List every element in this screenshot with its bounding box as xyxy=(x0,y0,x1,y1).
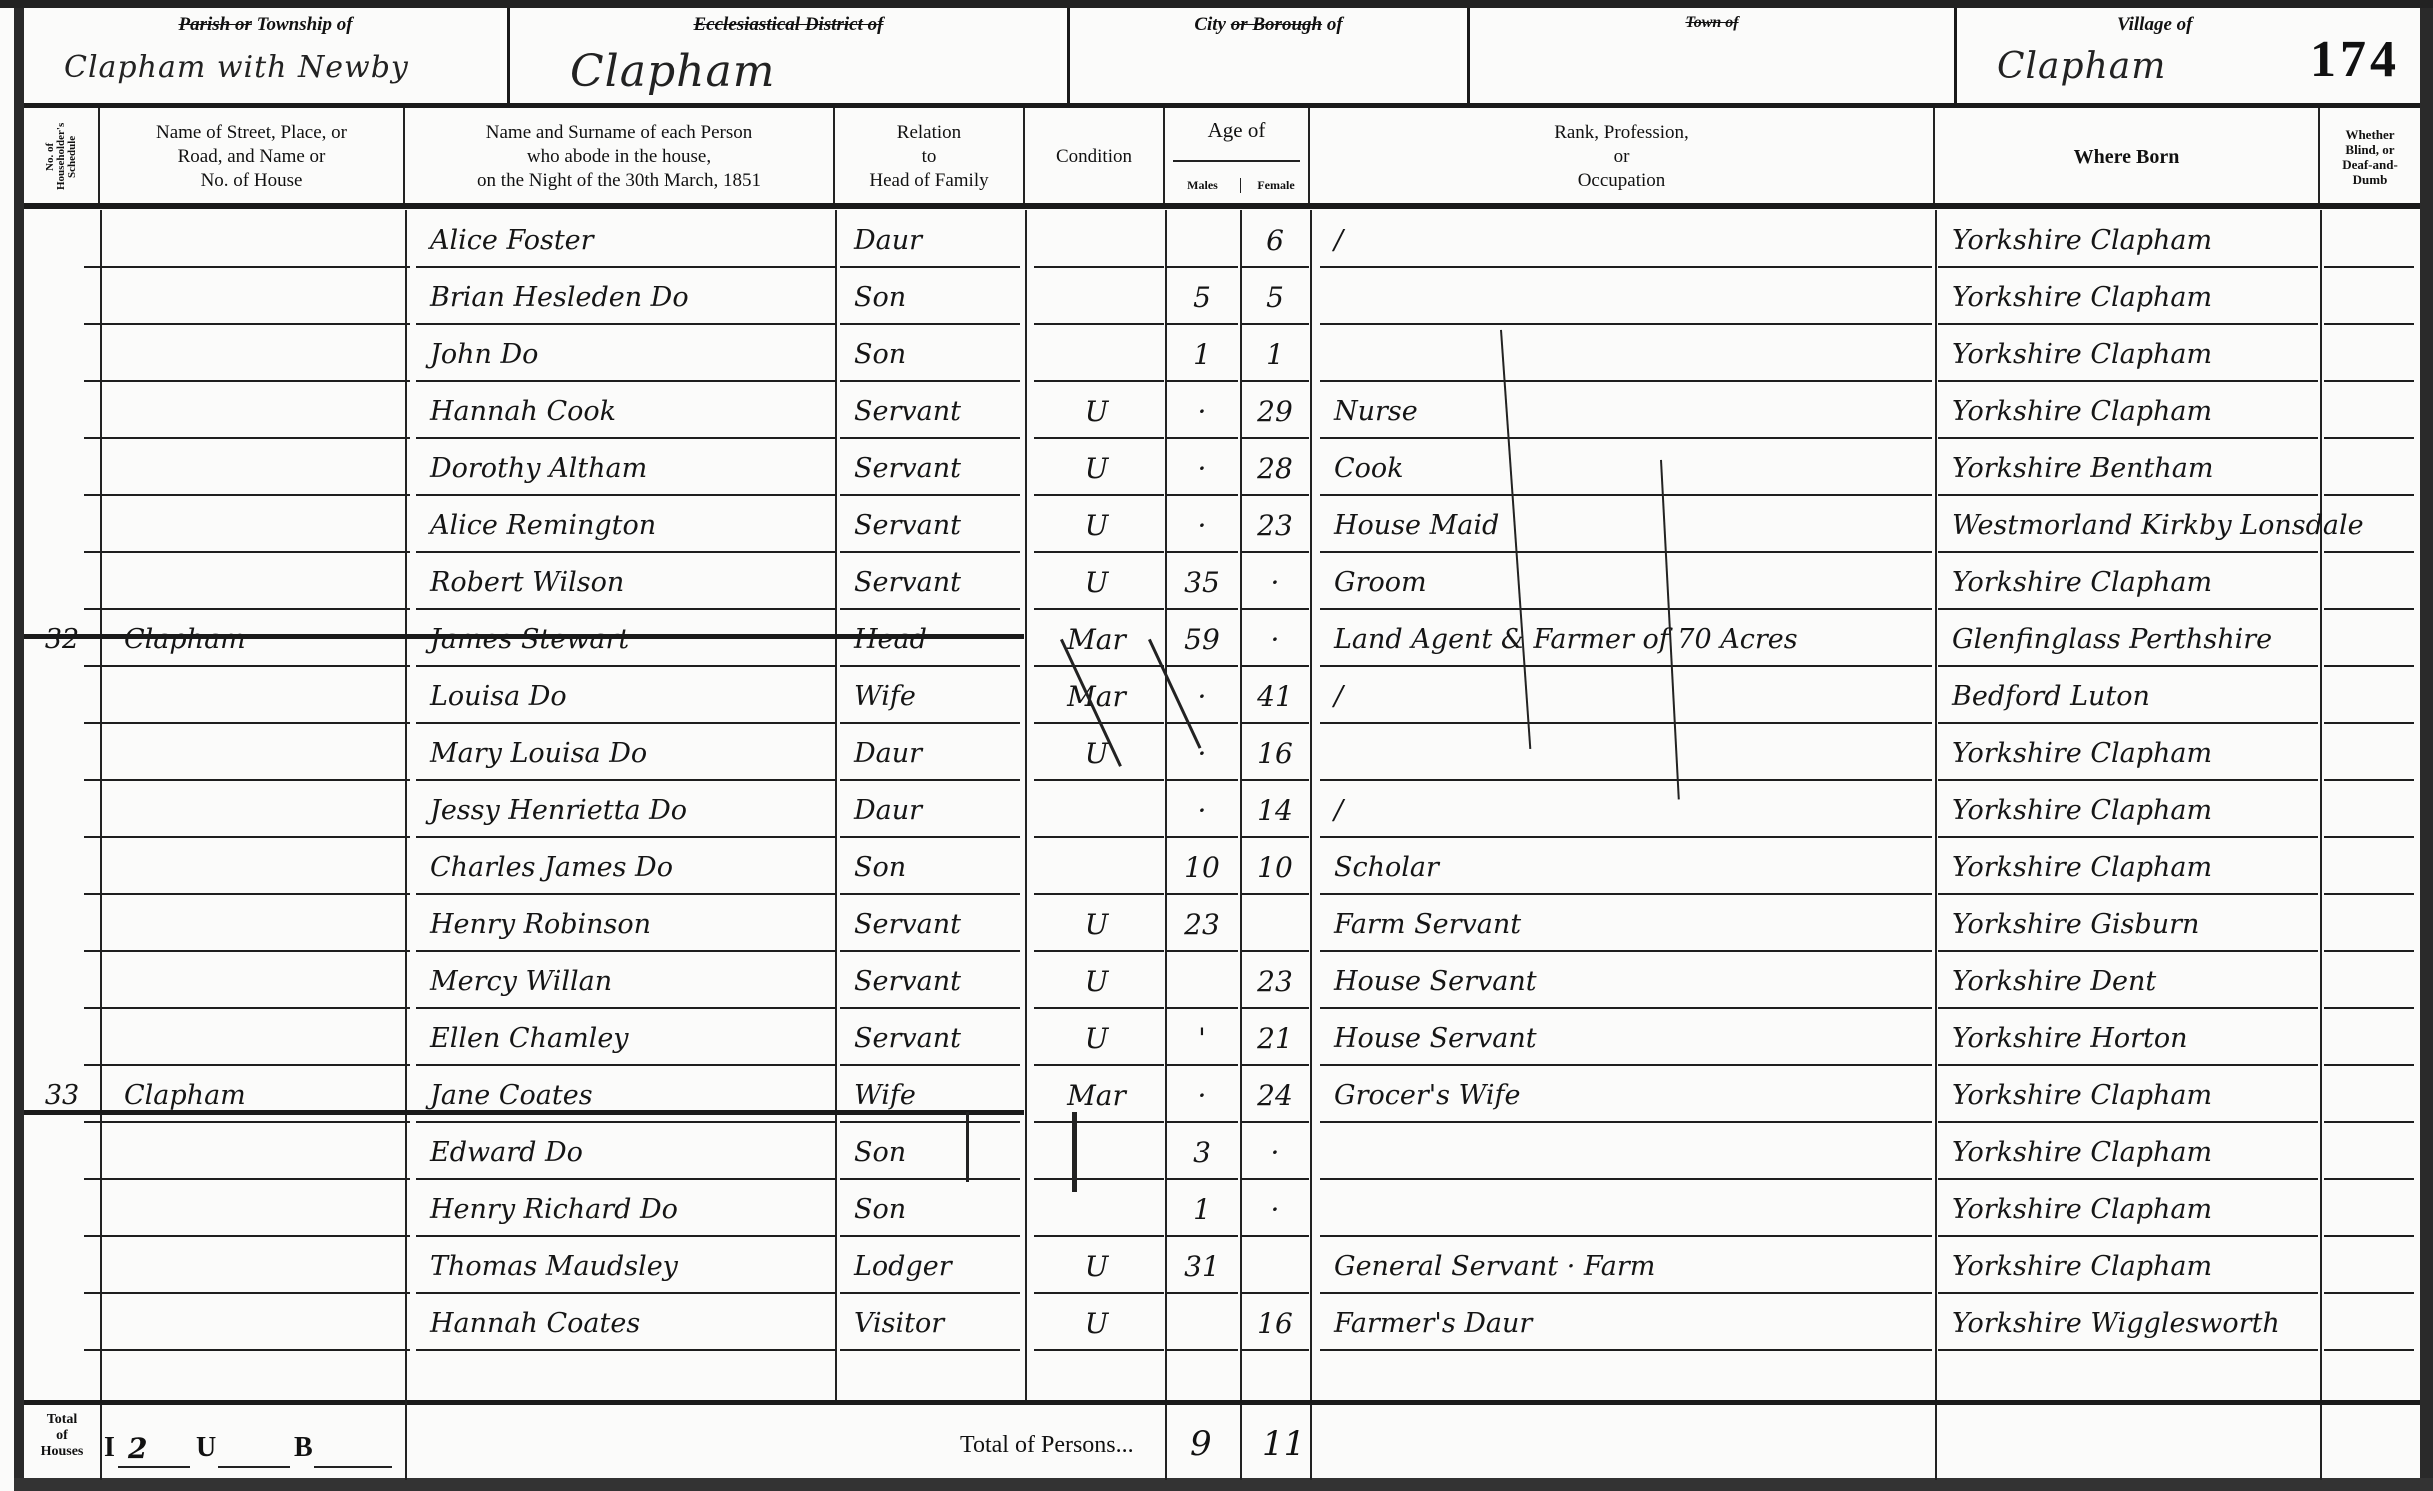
table-row: Henry Richard DoSon1·Yorkshire Clapham xyxy=(24,1180,2420,1237)
age-female: 23 xyxy=(1241,502,1309,550)
street-name: Clapham xyxy=(110,616,419,664)
condition xyxy=(1034,1186,1159,1234)
street-name xyxy=(110,958,419,1006)
parish-value: Clapham with Newby xyxy=(64,50,409,85)
age-female: 6 xyxy=(1241,217,1309,265)
col-relation-line3: Head of Family xyxy=(869,169,988,193)
relation: Son xyxy=(840,1186,1034,1234)
table-row: Charles James DoSon1010ScholarYorkshire … xyxy=(24,838,2420,895)
where-born: Glenfinglass Perthshire xyxy=(1938,616,2372,664)
relation: Daur xyxy=(840,787,1034,835)
age-female: · xyxy=(1241,616,1309,664)
occupation: Cook xyxy=(1320,445,1944,493)
col-street-line2: Road, and Name or xyxy=(156,145,347,169)
where-born: Yorkshire Wigglesworth xyxy=(1938,1300,2372,1348)
person-name: Henry Robinson xyxy=(416,901,850,949)
house-number xyxy=(24,844,100,892)
condition: U xyxy=(1034,1015,1159,1063)
col-age-males: Males xyxy=(1165,178,1240,193)
col-name-line2: who abode in the house, xyxy=(477,145,761,169)
condition: Mar xyxy=(1034,616,1159,664)
col-house-no: No. of Householder's Schedule xyxy=(24,108,100,205)
census-page: Parish or Township of Clapham with Newby… xyxy=(0,0,2433,1491)
age-female: 5 xyxy=(1241,274,1309,322)
house-number xyxy=(24,673,100,721)
row-rule xyxy=(1166,1349,1238,1351)
age-male: 3 xyxy=(1166,1129,1238,1177)
household-separator xyxy=(24,634,1024,639)
col-name: Name and Surname of each Person who abod… xyxy=(405,108,835,205)
relation: Daur xyxy=(840,730,1034,778)
occupation: / xyxy=(1320,673,1944,721)
pen-mark xyxy=(966,1112,969,1182)
street-name xyxy=(110,502,419,550)
street-name xyxy=(110,445,419,493)
table-row: John DoSon11Yorkshire Clapham xyxy=(24,325,2420,382)
where-born: Yorkshire Clapham xyxy=(1938,844,2372,892)
person-name: Alice Foster xyxy=(416,217,850,265)
table-row: Hannah CoatesVisitorU16Farmer's DaurYork… xyxy=(24,1294,2420,1351)
house-number xyxy=(24,1243,100,1291)
street-name xyxy=(110,217,419,265)
relation: Son xyxy=(840,844,1034,892)
condition xyxy=(1034,331,1159,379)
relation: Head xyxy=(840,616,1034,664)
person-name: Brian Hesleden Do xyxy=(416,274,850,322)
col-occupation-line1: Rank, Profession, xyxy=(1554,121,1689,145)
where-born: Yorkshire Clapham xyxy=(1938,1243,2372,1291)
occupation xyxy=(1320,331,1944,379)
where-born: Westmorland Kirkby Lonsdale xyxy=(1938,502,2372,550)
left-border xyxy=(14,8,24,1478)
where-born: Yorkshire Dent xyxy=(1938,958,2372,1006)
occupation: House Servant xyxy=(1320,958,1944,1006)
col-occupation-line3: Occupation xyxy=(1554,169,1689,193)
table-row: Alice FosterDaur6/Yorkshire Clapham xyxy=(24,211,2420,268)
table-row: Ellen ChamleyServantU'21House ServantYor… xyxy=(24,1009,2420,1066)
person-name: Alice Remington xyxy=(416,502,850,550)
col-name-line3: on the Night of the 30th March, 1851 xyxy=(477,169,761,193)
age-male: 23 xyxy=(1166,901,1238,949)
col-blind-line1: Whether xyxy=(2342,127,2398,142)
age-male: 1 xyxy=(1166,1186,1238,1234)
person-name: Mary Louisa Do xyxy=(416,730,850,778)
inhabited-count: 2 xyxy=(128,1432,147,1465)
occupation: / xyxy=(1320,217,1944,265)
age-female: · xyxy=(1241,1129,1309,1177)
where-born: Yorkshire Clapham xyxy=(1938,787,2372,835)
age-male: · xyxy=(1166,502,1238,550)
age-male xyxy=(1166,217,1238,265)
where-born: Yorkshire Clapham xyxy=(1938,388,2372,436)
person-name: Hannah Coates xyxy=(416,1300,850,1348)
total-persons-label: Total of Persons... xyxy=(960,1432,1134,1459)
col-occupation: Rank, Profession, or Occupation xyxy=(1310,108,1935,205)
table-row: Alice RemingtonServantU·23House MaidWest… xyxy=(24,496,2420,553)
street-name xyxy=(110,1015,419,1063)
age-female: 29 xyxy=(1241,388,1309,436)
relation: Lodger xyxy=(840,1243,1034,1291)
condition xyxy=(1034,787,1159,835)
age-male: 35 xyxy=(1166,559,1238,607)
house-number xyxy=(24,1300,100,1348)
street-name xyxy=(110,1186,419,1234)
row-rule xyxy=(1320,1349,1932,1351)
age-female: 28 xyxy=(1241,445,1309,493)
house-number: 32 xyxy=(24,616,100,664)
condition: U xyxy=(1034,1243,1159,1291)
street-name xyxy=(110,673,419,721)
condition: U xyxy=(1034,559,1159,607)
col-condition: Condition xyxy=(1025,108,1165,205)
row-rule xyxy=(1241,1349,1309,1351)
table-row: Mercy WillanServantU23House ServantYorks… xyxy=(24,952,2420,1009)
town-label: Town of xyxy=(1470,14,1954,32)
occupation xyxy=(1320,730,1944,778)
age-male: 5 xyxy=(1166,274,1238,322)
relation: Son xyxy=(840,1129,1034,1177)
where-born: Yorkshire Clapham xyxy=(1938,1072,2372,1120)
street-name xyxy=(110,1300,419,1348)
person-name: Thomas Maudsley xyxy=(416,1243,850,1291)
col-street-line1: Name of Street, Place, or xyxy=(156,121,347,145)
where-born: Yorkshire Clapham xyxy=(1938,331,2372,379)
street-name xyxy=(110,1243,419,1291)
age-female: 21 xyxy=(1241,1015,1309,1063)
top-border xyxy=(0,0,2433,8)
house-number xyxy=(24,1129,100,1177)
occupation: / xyxy=(1320,787,1944,835)
page-number: 174 xyxy=(2310,30,2400,89)
age-female xyxy=(1241,901,1309,949)
person-name: James Stewart xyxy=(416,616,850,664)
occupation xyxy=(1320,1186,1944,1234)
condition: U xyxy=(1034,445,1159,493)
colhead-divider xyxy=(24,203,2420,209)
occupation: House Servant xyxy=(1320,1015,1944,1063)
row-rule xyxy=(110,1349,410,1351)
person-name: Mercy Willan xyxy=(416,958,850,1006)
house-number xyxy=(24,274,100,322)
age-male: · xyxy=(1166,787,1238,835)
where-born: Yorkshire Clapham xyxy=(1938,1186,2372,1234)
table-row: Dorothy AlthamServantU·28CookYorkshire B… xyxy=(24,439,2420,496)
age-male: · xyxy=(1166,388,1238,436)
occupation: House Maid xyxy=(1320,502,1944,550)
person-name: John Do xyxy=(416,331,850,379)
where-born: Yorkshire Bentham xyxy=(1938,445,2372,493)
uninhabited-line xyxy=(218,1466,290,1468)
occupation: Nurse xyxy=(1320,388,1944,436)
house-number xyxy=(24,730,100,778)
age-female: 16 xyxy=(1241,730,1309,778)
pen-mark xyxy=(1072,1112,1077,1192)
person-name: Charles James Do xyxy=(416,844,850,892)
relation: Wife xyxy=(840,673,1034,721)
house-number xyxy=(24,787,100,835)
condition xyxy=(1034,844,1159,892)
person-name: Dorothy Altham xyxy=(416,445,850,493)
house-number xyxy=(24,388,100,436)
age-male: 10 xyxy=(1166,844,1238,892)
person-name: Louisa Do xyxy=(416,673,850,721)
street-name xyxy=(110,787,419,835)
street-name xyxy=(110,331,419,379)
age-female: · xyxy=(1241,1186,1309,1234)
age-female: 41 xyxy=(1241,673,1309,721)
where-born: Yorkshire Clapham xyxy=(1938,559,2372,607)
occupation: Farm Servant xyxy=(1320,901,1944,949)
house-number xyxy=(24,901,100,949)
relation: Son xyxy=(840,274,1034,322)
inhabited-label: I xyxy=(104,1432,115,1464)
house-number xyxy=(24,1015,100,1063)
relation: Servant xyxy=(840,958,1034,1006)
household-separator xyxy=(24,1110,1024,1115)
age-female: 24 xyxy=(1241,1072,1309,1120)
condition: U xyxy=(1034,502,1159,550)
ecclesiastical-value: Clapham xyxy=(570,46,775,97)
age-female: 16 xyxy=(1241,1300,1309,1348)
age-male: · xyxy=(1166,445,1238,493)
occupation: Land Agent & Farmer of 70 Acres xyxy=(1320,616,1944,664)
street-name xyxy=(110,559,419,607)
relation: Servant xyxy=(840,1015,1034,1063)
table-row: Louisa DoWifeMar·41/Bedford Luton xyxy=(24,667,2420,724)
inhabited-value: 2 xyxy=(128,1432,147,1466)
col-rule xyxy=(405,1400,407,1478)
house-number xyxy=(24,217,100,265)
col-blind-line2: Blind, or xyxy=(2342,142,2398,157)
table-row: Edward DoSon3·Yorkshire Clapham xyxy=(24,1123,2420,1180)
city-field: City or Borough of xyxy=(1070,8,1470,105)
age-female: 23 xyxy=(1241,958,1309,1006)
table-row: Brian Hesleden DoSon55Yorkshire Clapham xyxy=(24,268,2420,325)
condition xyxy=(1034,274,1159,322)
street-name xyxy=(110,730,419,778)
row-rule xyxy=(416,1349,836,1351)
relation: Servant xyxy=(840,388,1034,436)
where-born: Yorkshire Clapham xyxy=(1938,1129,2372,1177)
total-houses-line1: Total xyxy=(26,1412,98,1428)
col-name-line1: Name and Surname of each Person xyxy=(477,121,761,145)
col-age-females: Female xyxy=(1240,178,1311,193)
street-name xyxy=(110,388,419,436)
occupation: General Servant · Farm xyxy=(1320,1243,1944,1291)
row-rule xyxy=(2324,1349,2414,1351)
col-blind-line3: Deaf-and- xyxy=(2342,157,2398,172)
parish-label-struck: Parish or xyxy=(178,14,251,35)
col-where-born: Where Born xyxy=(1935,108,2320,205)
house-number xyxy=(24,559,100,607)
condition: U xyxy=(1034,901,1159,949)
col-condition-label: Condition xyxy=(1056,145,1132,169)
condition xyxy=(1034,1129,1159,1177)
relation: Servant xyxy=(840,901,1034,949)
occupation: Groom xyxy=(1320,559,1944,607)
total-houses-label: Total of Houses xyxy=(26,1412,98,1460)
age-female xyxy=(1241,1243,1309,1291)
age-male: 31 xyxy=(1166,1243,1238,1291)
age-female: 14 xyxy=(1241,787,1309,835)
street-name xyxy=(110,901,419,949)
condition: U xyxy=(1034,1300,1159,1348)
relation: Servant xyxy=(840,559,1034,607)
parish-field: Parish or Township of Clapham with Newby xyxy=(24,8,510,105)
age-female: 10 xyxy=(1241,844,1309,892)
age-male: 1 xyxy=(1166,331,1238,379)
row-rule xyxy=(1938,1349,2318,1351)
village-value: Clapham xyxy=(1997,46,2166,87)
totals-divider xyxy=(24,1400,2420,1405)
col-age-label: Age of xyxy=(1165,118,1308,143)
col-relation-line2: to xyxy=(869,145,988,169)
where-born: Yorkshire Clapham xyxy=(1938,730,2372,778)
col-age: Age of Males Female xyxy=(1165,108,1310,205)
col-relation: Relation to Head of Family xyxy=(835,108,1025,205)
condition: U xyxy=(1034,958,1159,1006)
city-label: City or Borough of xyxy=(1070,14,1467,36)
col-blind-line4: Dumb xyxy=(2342,172,2398,187)
col-street-line3: No. of House xyxy=(156,169,347,193)
house-number xyxy=(24,502,100,550)
uninhabited-label: U xyxy=(196,1432,216,1464)
house-number xyxy=(24,331,100,379)
occupation xyxy=(1320,274,1944,322)
occupation xyxy=(1320,1129,1944,1177)
total-males: 9 xyxy=(1190,1424,1212,1464)
relation: Servant xyxy=(840,445,1034,493)
total-females: 11 xyxy=(1262,1424,1305,1464)
village-label: Village of xyxy=(2117,14,2192,36)
table-row: Mary Louisa DoDaurU·16Yorkshire Clapham xyxy=(24,724,2420,781)
table-row: Hannah CookServantU·29NurseYorkshire Cla… xyxy=(24,382,2420,439)
age-male: · xyxy=(1166,730,1238,778)
ecclesiastical-label: Ecclesiastical District of xyxy=(510,14,1067,36)
where-born: Yorkshire Horton xyxy=(1938,1015,2372,1063)
table-row: Robert WilsonServantU35·GroomYorkshire C… xyxy=(24,553,2420,610)
col-age-rule xyxy=(1173,160,1300,162)
street-name xyxy=(110,1129,419,1177)
house-number xyxy=(24,1186,100,1234)
occupation: Farmer's Daur xyxy=(1320,1300,1944,1348)
person-name: Henry Richard Do xyxy=(416,1186,850,1234)
street-name xyxy=(110,844,419,892)
person-name: Edward Do xyxy=(416,1129,850,1177)
col-street: Name of Street, Place, or Road, and Name… xyxy=(100,108,405,205)
street-name xyxy=(110,274,419,322)
relation: Son xyxy=(840,331,1034,379)
condition: Mar xyxy=(1034,1072,1159,1120)
table-row: Henry RobinsonServantU23Farm ServantYork… xyxy=(24,895,2420,952)
age-male: · xyxy=(1166,1072,1238,1120)
where-born: Bedford Luton xyxy=(1938,673,2372,721)
table-row: Thomas MaudsleyLodgerU31General Servant … xyxy=(24,1237,2420,1294)
col-blind-deaf: Whether Blind, or Deaf-and- Dumb xyxy=(2320,108,2420,205)
table-row: Jessy Henrietta DoDaur·14/Yorkshire Clap… xyxy=(24,781,2420,838)
right-border xyxy=(2420,8,2433,1478)
total-houses-line2: of xyxy=(26,1428,98,1444)
col-relation-line1: Relation xyxy=(869,121,988,145)
condition: U xyxy=(1034,388,1159,436)
col-where-born-label: Where Born xyxy=(2074,145,2180,169)
bottom-border xyxy=(14,1478,2433,1491)
person-name: Hannah Cook xyxy=(416,388,850,436)
house-number xyxy=(24,445,100,493)
relation: Visitor xyxy=(840,1300,1034,1348)
age-female: · xyxy=(1241,559,1309,607)
occupation: Grocer's Wife xyxy=(1320,1072,1944,1120)
row-rule xyxy=(840,1349,1020,1351)
building-label: B xyxy=(294,1432,313,1464)
person-name: Ellen Chamley xyxy=(416,1015,850,1063)
person-name: Robert Wilson xyxy=(416,559,850,607)
building-line xyxy=(314,1466,392,1468)
where-born: Yorkshire Gisburn xyxy=(1938,901,2372,949)
inhabited-line xyxy=(118,1466,190,1468)
town-field: Town of xyxy=(1470,8,1957,105)
age-male: 59 xyxy=(1166,616,1238,664)
age-male: ' xyxy=(1166,1015,1238,1063)
total-houses-line3: Houses xyxy=(26,1444,98,1460)
age-female: 1 xyxy=(1241,331,1309,379)
parish-label: Parish or Township of xyxy=(24,14,507,36)
age-male xyxy=(1166,1300,1238,1348)
condition xyxy=(1034,217,1159,265)
row-rule xyxy=(1034,1349,1164,1351)
ecclesiastical-field: Ecclesiastical District of Clapham xyxy=(510,8,1070,105)
where-born: Yorkshire Clapham xyxy=(1938,217,2372,265)
occupation: Scholar xyxy=(1320,844,1944,892)
house-number xyxy=(24,958,100,1006)
age-male xyxy=(1166,958,1238,1006)
condition: U xyxy=(1034,730,1159,778)
col-house-no-label: No. of Householder's Schedule xyxy=(45,108,78,205)
relation: Servant xyxy=(840,502,1034,550)
col-occupation-line2: or xyxy=(1554,145,1689,169)
where-born: Yorkshire Clapham xyxy=(1938,274,2372,322)
relation: Daur xyxy=(840,217,1034,265)
person-name: Jessy Henrietta Do xyxy=(416,787,850,835)
